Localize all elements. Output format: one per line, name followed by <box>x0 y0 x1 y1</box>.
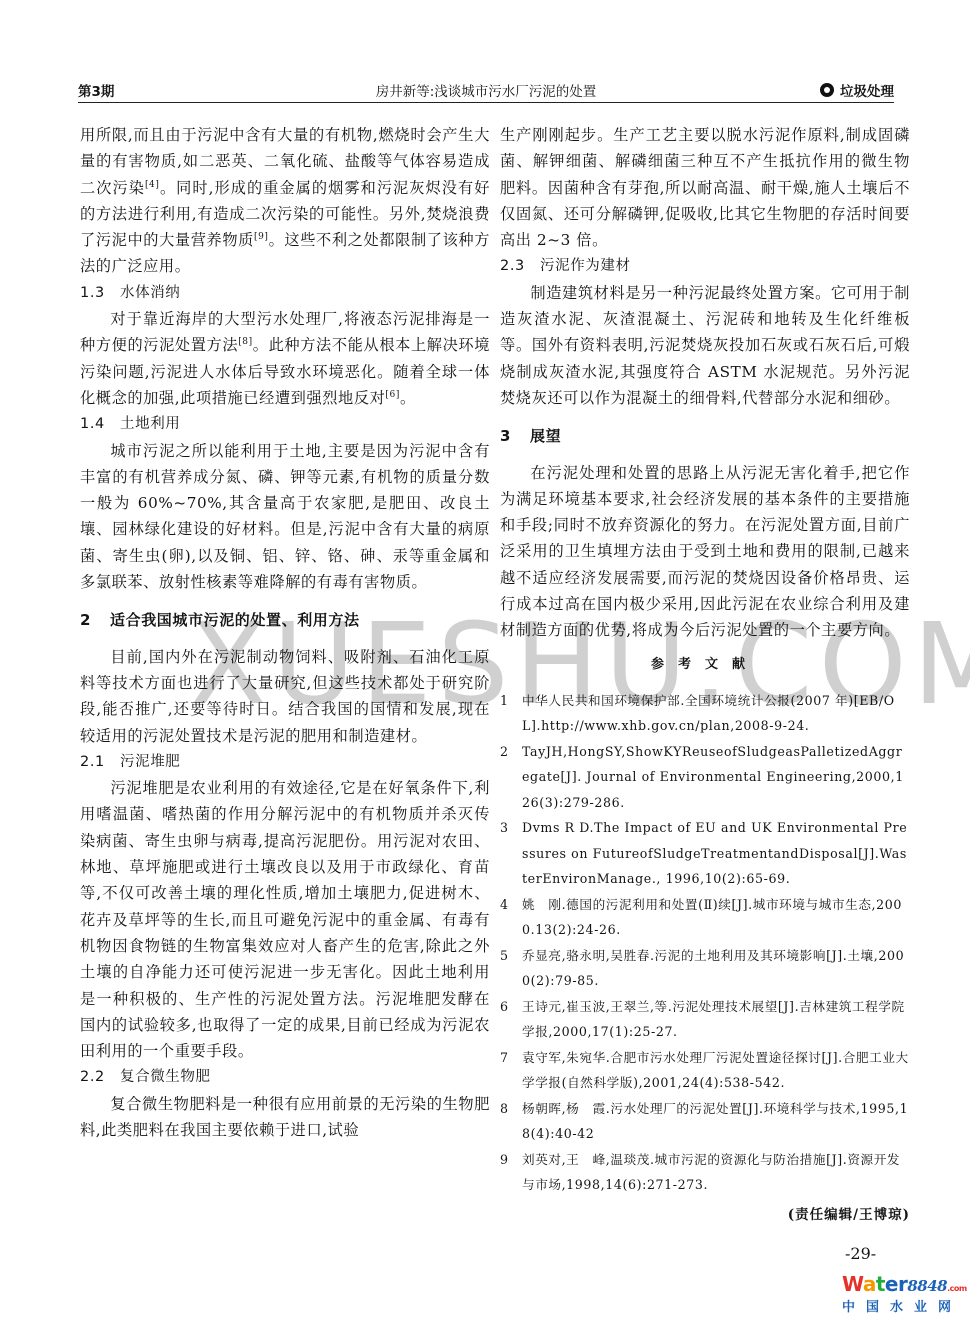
running-header: 第3期 房井新等:浅谈城市污水厂污泥的处置 垃圾处理 <box>78 78 894 103</box>
page-number: -29- <box>845 1244 876 1263</box>
section-heading-1-4: 1.4土地利用 <box>80 411 490 437</box>
citation[interactable]: [6] <box>385 390 400 400</box>
paragraph: 城市污泥之所以能利用于土地,主要是因为污泥中含有丰富的有机营养成分氮、磷、钾等元… <box>80 438 490 596</box>
right-column: 生产刚刚起步。生产工艺主要以脱水污泥作原料,制成固磷菌、解钾细菌、解磷细菌三种互… <box>500 122 910 1228</box>
paragraph: 目前,国内外在污泥制动物饲料、吸附剂、石油化工原料等技术方面也进行了大量研究,但… <box>80 644 490 749</box>
reference-item: 5乔显亮,骆永明,吴胜春.污泥的土地利用及其环境影响[J].土壤,2000(2)… <box>500 943 910 994</box>
paragraph: 污泥堆肥是农业利用的有效途径,它是在好氧条件下,利用嗜温菌、嗜热菌的作用分解污泥… <box>80 775 490 1064</box>
reference-item: 3Dvms R D.The Impact of EU and UK Enviro… <box>500 815 910 892</box>
reference-item: 6王诗元,崔玉波,王翠兰,等.污泥处理技术展望[J].吉林建筑工程学院学报,20… <box>500 994 910 1045</box>
references-heading: 参考文献 <box>500 652 910 678</box>
reference-item: 1中华人民共和国环境保护部.全国环境统计公报(2007 年)[EB/OL].ht… <box>500 688 910 739</box>
paragraph: 对于靠近海岸的大型污水处理厂,将液态污泥排海是一种方便的污泥处置方法[8]。此种… <box>80 306 490 411</box>
section-heading-1-3: 1.3水体消纳 <box>80 280 490 306</box>
section-label: 垃圾处理 <box>820 80 894 100</box>
left-column: 用所限,而且由于污泥中含有大量的有机物,燃烧时会产生大量的有害物质,如二恶英、二… <box>80 122 490 1143</box>
section-heading-3: 3展望 <box>500 423 910 449</box>
water8848-logo[interactable]: Water8848.com 中国水业网 <box>842 1272 967 1315</box>
paragraph: 生产刚刚起步。生产工艺主要以脱水污泥作原料,制成固磷菌、解钾细菌、解磷细菌三种互… <box>500 122 910 253</box>
section-heading-2-2: 2.2复合微生物肥 <box>80 1064 490 1090</box>
reference-item: 7袁守军,朱宛华.合肥市污水处理厂污泥处置途径探讨[J].合肥工业大学学报(自然… <box>500 1045 910 1096</box>
reference-list: 1中华人民共和国环境保护部.全国环境统计公报(2007 年)[EB/OL].ht… <box>500 688 910 1198</box>
logo-wordmark: Water8848.com <box>842 1272 967 1296</box>
citation[interactable]: [4] <box>145 180 160 190</box>
logo-chinese-name: 中国水业网 <box>842 1296 967 1315</box>
paragraph: 用所限,而且由于污泥中含有大量的有机物,燃烧时会产生大量的有害物质,如二恶英、二… <box>80 122 490 280</box>
section-name: 垃圾处理 <box>840 80 894 100</box>
section-heading-2-3: 2.3污泥作为建材 <box>500 253 910 279</box>
reference-item: 4姚 刚.德国的污泥利用和处置(Ⅱ)续[J].城市环境与城市生态,2000.13… <box>500 892 910 943</box>
reference-item: 8杨朝晖,杨 霞.污水处理厂的污泥处置[J].环境科学与技术,1995,18(4… <box>500 1096 910 1147</box>
paragraph: 制造建筑材料是另一种污泥最终处置方案。它可用于制造灰渣水泥、灰渣混凝土、污泥砖和… <box>500 280 910 411</box>
recycle-icon <box>820 83 834 97</box>
citation[interactable]: [9] <box>254 232 269 242</box>
running-title: 房井新等:浅谈城市污水厂污泥的处置 <box>78 80 894 100</box>
section-heading-2-1: 2.1污泥堆肥 <box>80 749 490 775</box>
paragraph: 复合微生物肥料是一种很有应用前景的无污染的生物肥料,此类肥料在我国主要依赖于进口… <box>80 1091 490 1144</box>
paragraph: 在污泥处理和处置的思路上从污泥无害化着手,把它作为满足环境基本要求,社会经济发展… <box>500 460 910 644</box>
section-heading-2: 2适合我国城市污泥的处置、利用方法 <box>80 607 490 633</box>
reference-item: 9刘英对,王 峰,温琰茂.城市污泥的资源化与防治措施[J].资源开发与市场,19… <box>500 1147 910 1198</box>
citation[interactable]: [8] <box>238 337 253 347</box>
editor-credit: (责任编辑/王博琼) <box>500 1202 910 1228</box>
reference-item: 2TayJH,HongSY,ShowKYReuseofSludgeasPalle… <box>500 739 910 816</box>
